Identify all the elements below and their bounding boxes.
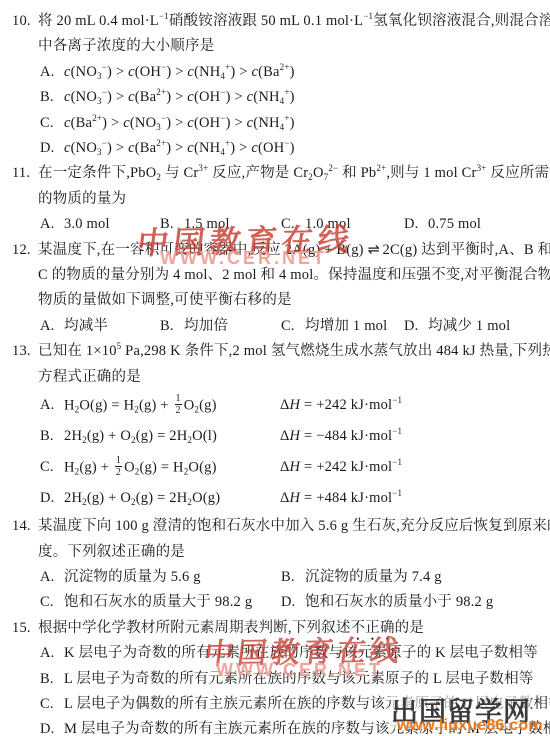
question-12-stem-line-1: 12.某温度下,在一容积可变的容器中,反应 2A(g) + B(g) ⇌ 2C(… [0,238,550,263]
question-15-option-c: C.L 层电子为偶数的所有主族元素所在族的序数与该元素原子的 L 层电子数相等 [0,692,550,717]
question-number: 13. [12,339,38,364]
delta-h-value: ΔH = +484 kJ·mol−1 [280,491,550,507]
question-15-option-d: D.M 层电子为奇数的所有主族元素所在族的序数与该元素原子的 M 层电子数相等 [0,717,550,736]
question-11-stem-line-2: 的物质的量为 [0,187,550,212]
question-12-option-b: B.均加倍 [160,314,281,339]
question-number: 14. [12,514,38,539]
option-label: C. [40,111,64,136]
question-12-option-d: D.均减少 1 mol [404,314,550,339]
question-11-stem-line-1: 11.在一定条件下,PbO2 与 Cr3+ 反应,产物是 Cr2O72− 和 P… [0,161,550,186]
question-11-option-c: C.1.0 mol [281,212,404,237]
question-10-option-d: D.c(NO3−) > c(Ba2+) > c(NH4+) > c(OH−) [0,136,550,161]
question-13-stem-line-2: 方程式正确的是 [0,365,550,390]
question-15-option-b: B.L 层电子为奇数的所有元素所在族的序数与该元素原子的 L 层电子数相等 [0,667,550,692]
stem-text: 根据中学化学教材所附元素周期表判断,下列叙述不正确的是 [38,620,424,636]
option-label: D. [40,136,64,161]
delta-h-value: ΔH = −484 kJ·mol−1 [280,429,550,445]
question-10: 10.将 20 mL 0.4 mol·L−1硝酸铵溶液跟 50 mL 0.1 m… [0,9,550,161]
question-11-option-a: A.3.0 mol [40,212,160,237]
question-14-option-d: D.饱和石灰水的质量小于 98.2 g [281,590,550,615]
option-text: c(NO3−) > c(Ba2+) > c(NH4+) > c(OH−) [64,140,295,156]
question-13-option-c: C.H2(g) + 12O2(g) = H2O(g)ΔH = +242 kJ·m… [0,452,550,483]
question-13-stem-line-1: 13.已知在 1×105 Pa,298 K 条件下,2 mol 氢气燃烧生成水蒸… [0,339,550,364]
stem-text: 已知在 1×105 Pa,298 K 条件下,2 mol 氢气燃烧生成水蒸气放出… [38,343,550,359]
question-12-option-c: C.均增加 1 mol [281,314,404,339]
question-13: 13.已知在 1×105 Pa,298 K 条件下,2 mol 氢气燃烧生成水蒸… [0,339,550,514]
delta-h-value: ΔH = +242 kJ·mol−1 [280,460,550,476]
question-11-option-b: B.1.5 mol [160,212,281,237]
question-12: 12.某温度下,在一容积可变的容器中,反应 2A(g) + B(g) ⇌ 2C(… [0,238,550,340]
stem-text: 将 20 mL 0.4 mol·L−1硝酸铵溶液跟 50 mL 0.1 mol·… [38,13,550,29]
question-13-option-a: A.H2O(g) = H2(g) + 12O2(g)ΔH = +242 kJ·m… [0,390,550,421]
option-label: A. [40,60,64,85]
question-12-stem-line-2: C 的物质的量分别为 4 mol、2 mol 和 4 mol。保持温度和压强不变… [0,263,550,288]
question-14-stem-line-1: 14.某温度下向 100 g 澄清的饱和石灰水中加入 5.6 g 生石灰,充分反… [0,514,550,539]
question-14-option-a: A.沉淀物的质量为 5.6 g [40,565,281,590]
question-10-option-b: B.c(NO3−) > c(Ba2+) > c(OH−) > c(NH4+) [0,85,550,110]
question-11-options-row: A.3.0 mol B.1.5 mol C.1.0 mol D.0.75 mol [0,212,550,237]
question-number: 10. [12,9,38,34]
option-text: c(Ba2+) > c(NO3−) > c(OH−) > c(NH4+) [64,115,295,131]
question-11-option-d: D.0.75 mol [404,212,550,237]
question-13-option-b: B.2H2(g) + O2(g) = 2H2O(l)ΔH = −484 kJ·m… [0,421,550,452]
equation: H2(g) + 12O2(g) = H2O(g) [64,456,280,480]
question-14-options-row-1: A.沉淀物的质量为 5.6 g B.沉淀物的质量为 7.4 g [0,565,550,590]
question-14: 14.某温度下向 100 g 澄清的饱和石灰水中加入 5.6 g 生石灰,充分反… [0,514,550,616]
question-13-option-d: D.2H2(g) + O2(g) = 2H2O(g)ΔH = +484 kJ·m… [0,483,550,514]
question-10-option-c: C.c(Ba2+) > c(NO3−) > c(OH−) > c(NH4+) [0,111,550,136]
stem-text: 在一定条件下,PbO2 与 Cr3+ 反应,产物是 Cr2O72− 和 Pb2+… [38,165,550,181]
exam-page: 10.将 20 mL 0.4 mol·L−1硝酸铵溶液跟 50 mL 0.1 m… [0,0,550,736]
option-text: c(NO3−) > c(Ba2+) > c(OH−) > c(NH4+) [64,89,295,105]
option-text: c(NO3−) > c(OH−) > c(NH4+) > c(Ba2+) [64,64,295,80]
question-12-options-row: A.均减半 B.均加倍 C.均增加 1 mol D.均减少 1 mol [0,314,550,339]
question-14-option-c: C.饱和石灰水的质量大于 98.2 g [40,590,281,615]
question-number: 12. [12,238,38,263]
question-15-option-a: A.K 层电子为奇数的所有元素所在族的序数与该元素原子的 K 层电子数相等 [0,641,550,666]
question-15: 15.根据中学化学教材所附元素周期表判断,下列叙述不正确的是 A.K 层电子为奇… [0,616,550,736]
question-12-stem-line-3: 物质的量做如下调整,可使平衡右移的是 [0,288,550,313]
equation: 2H2(g) + O2(g) = 2H2O(g) [64,491,280,507]
question-14-option-b: B.沉淀物的质量为 7.4 g [281,565,550,590]
stem-text: 某温度下,在一容积可变的容器中,反应 2A(g) + B(g) ⇌ 2C(g) … [38,242,550,258]
question-11: 11.在一定条件下,PbO2 与 Cr3+ 反应,产物是 Cr2O72− 和 P… [0,161,550,237]
option-label: B. [40,85,64,110]
question-14-options-row-2: C.饱和石灰水的质量大于 98.2 g D.饱和石灰水的质量小于 98.2 g [0,590,550,615]
delta-h-value: ΔH = +242 kJ·mol−1 [280,398,550,414]
question-12-option-a: A.均减半 [40,314,160,339]
question-10-stem-line-1: 10.将 20 mL 0.4 mol·L−1硝酸铵溶液跟 50 mL 0.1 m… [0,9,550,34]
question-15-stem-line-1: 15.根据中学化学教材所附元素周期表判断,下列叙述不正确的是 [0,616,550,641]
equation: 2H2(g) + O2(g) = 2H2O(l) [64,429,280,445]
question-14-stem-line-2: 度。下列叙述正确的是 [0,540,550,565]
question-10-stem-line-2: 中各离子浓度的大小顺序是 [0,34,550,59]
question-10-option-a: A.c(NO3−) > c(OH−) > c(NH4+) > c(Ba2+) [0,60,550,85]
question-number: 11. [12,161,38,186]
question-number: 15. [12,616,38,641]
equation: H2O(g) = H2(g) + 12O2(g) [64,394,280,418]
stem-text: 某温度下向 100 g 澄清的饱和石灰水中加入 5.6 g 生石灰,充分反应后恢… [38,518,550,534]
